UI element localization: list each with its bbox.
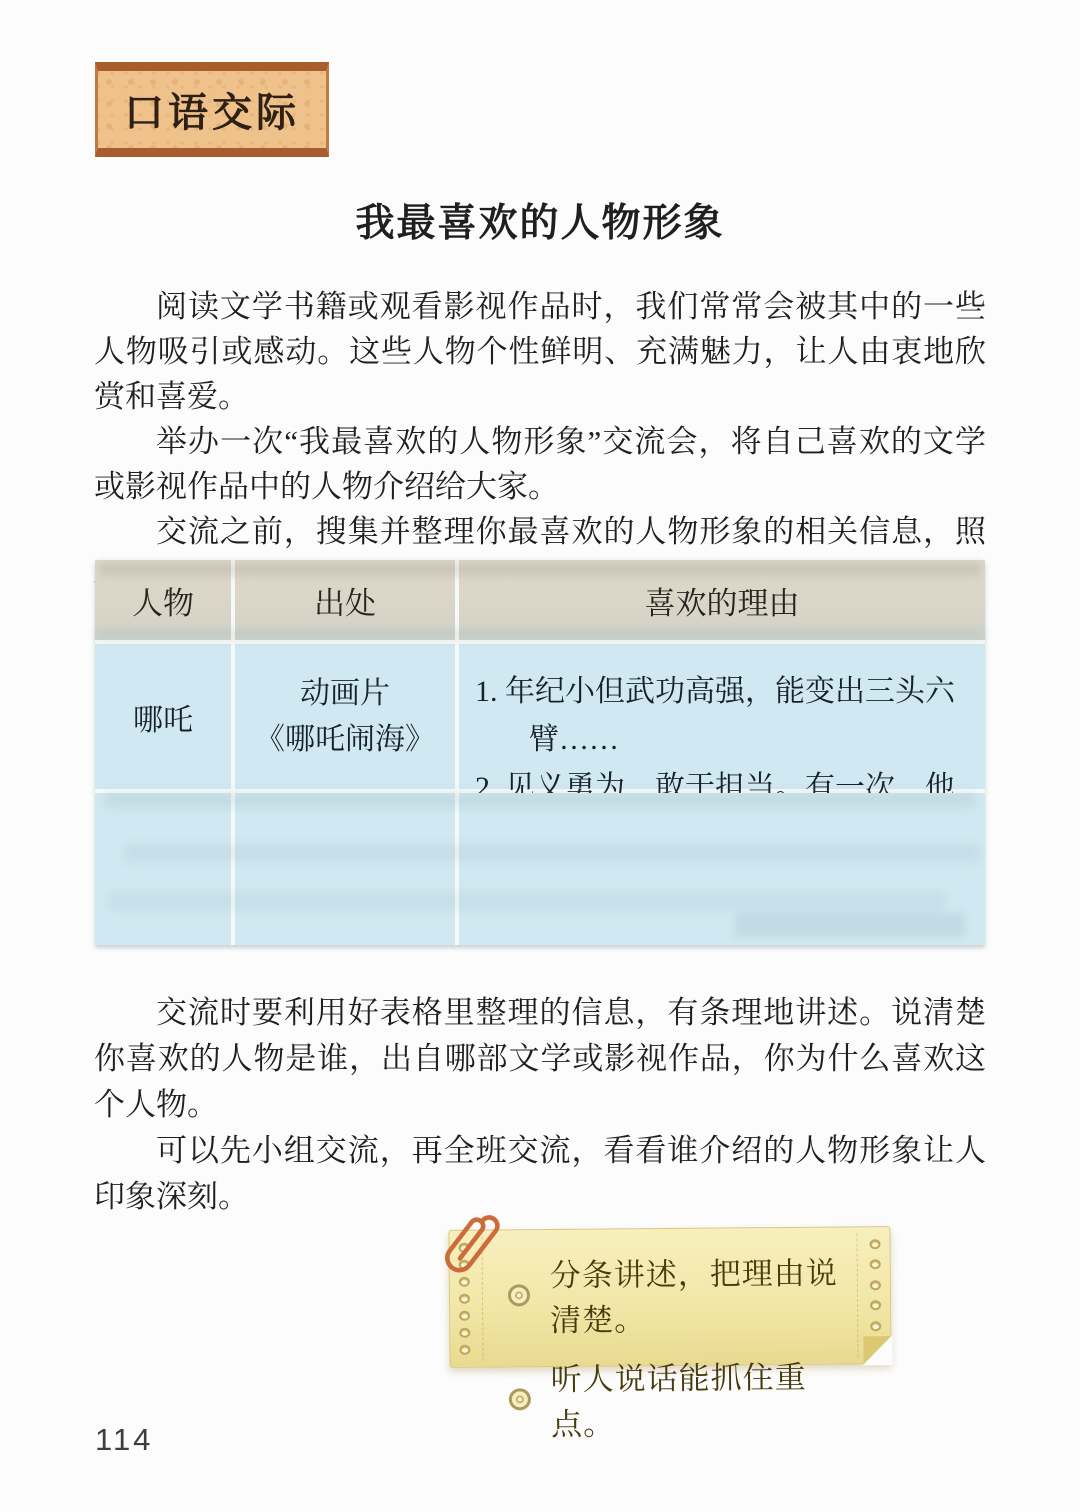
table-header-reason: 喜欢的理由 bbox=[459, 560, 985, 640]
tips-list: 分条讲述，把理由说清楚。 听人说话能抓住重点。 bbox=[449, 1227, 891, 1445]
table-cell-reasons: 1. 年纪小但武功高强，能变出三头六臂…… 2. 见义勇为，敢于担当。有一次，他… bbox=[459, 644, 985, 789]
tip-item: 听人说话能抓住重点。 bbox=[508, 1351, 843, 1444]
table-header-character: 人物 bbox=[95, 560, 231, 640]
unit-badge-label: 口语交际 bbox=[124, 90, 300, 135]
folded-corner-cut bbox=[862, 1335, 892, 1365]
reason-item: 1. 年纪小但武功高强，能变出三头六臂…… bbox=[475, 668, 967, 764]
table-cell-source: 动画片 《哪吒闹海》 bbox=[235, 644, 455, 789]
table-cell-empty bbox=[95, 793, 231, 945]
ring-bullet-icon bbox=[508, 1284, 530, 1306]
table-cell-character: 哪吒 bbox=[95, 644, 231, 789]
closing-paragraph: 可以先小组交流，再全班交流，看看谁介绍的人物形象让人印象深刻。 bbox=[94, 1128, 986, 1220]
perforation-hole bbox=[459, 1311, 470, 1321]
tips-note: 分条讲述，把理由说清楚。 听人说话能抓住重点。 bbox=[448, 1226, 891, 1368]
table-cell-empty bbox=[235, 793, 455, 945]
ring-bullet-icon bbox=[509, 1388, 531, 1410]
intro-paragraphs: 阅读文学书籍或观看影视作品时，我们常常会被其中的一些人物吸引或感动。这些人物个性… bbox=[94, 284, 986, 599]
page-title: 我最喜欢的人物形象 bbox=[95, 192, 985, 248]
perforation-hole bbox=[870, 1300, 881, 1310]
tip-text: 听人说话能抓住重点。 bbox=[550, 1351, 843, 1444]
perforation-hole bbox=[870, 1260, 881, 1270]
perforation-hole bbox=[459, 1328, 470, 1338]
perforation-hole bbox=[870, 1239, 881, 1249]
tip-text: 分条讲述，把理由说清楚。 bbox=[550, 1248, 843, 1341]
character-info-table: 人物 出处 喜欢的理由 哪吒 动画片 《哪吒闹海》 1. 年纪小但武功高强，能变… bbox=[95, 560, 985, 945]
intro-paragraph: 阅读文学书籍或观看影视作品时，我们常常会被其中的一些人物吸引或感动。这些人物个性… bbox=[94, 284, 986, 419]
table-header-source: 出处 bbox=[235, 560, 455, 640]
perforation-hole bbox=[459, 1294, 470, 1304]
perforation-hole bbox=[459, 1345, 470, 1355]
page-number: 114 bbox=[95, 1422, 153, 1458]
tip-item: 分条讲述，把理由说清楚。 bbox=[508, 1248, 843, 1341]
perforation-hole bbox=[870, 1280, 881, 1290]
table-cell-empty bbox=[459, 793, 985, 945]
perforation-hole bbox=[870, 1321, 881, 1331]
source-line: 动画片 bbox=[255, 671, 435, 717]
source-line: 《哪吒闹海》 bbox=[255, 717, 435, 763]
closing-paragraph: 交流时要利用好表格里整理的信息，有条理地讲述。说清楚你喜欢的人物是谁，出自哪部文… bbox=[94, 990, 986, 1128]
intro-paragraph: 举办一次“我最喜欢的人物形象”交流会，将自己喜欢的文学或影视作品中的人物介绍给大… bbox=[94, 419, 986, 509]
unit-badge: 口语交际 bbox=[95, 62, 329, 157]
closing-paragraphs: 交流时要利用好表格里整理的信息，有条理地讲述。说清楚你喜欢的人物是谁，出自哪部文… bbox=[94, 990, 986, 1220]
